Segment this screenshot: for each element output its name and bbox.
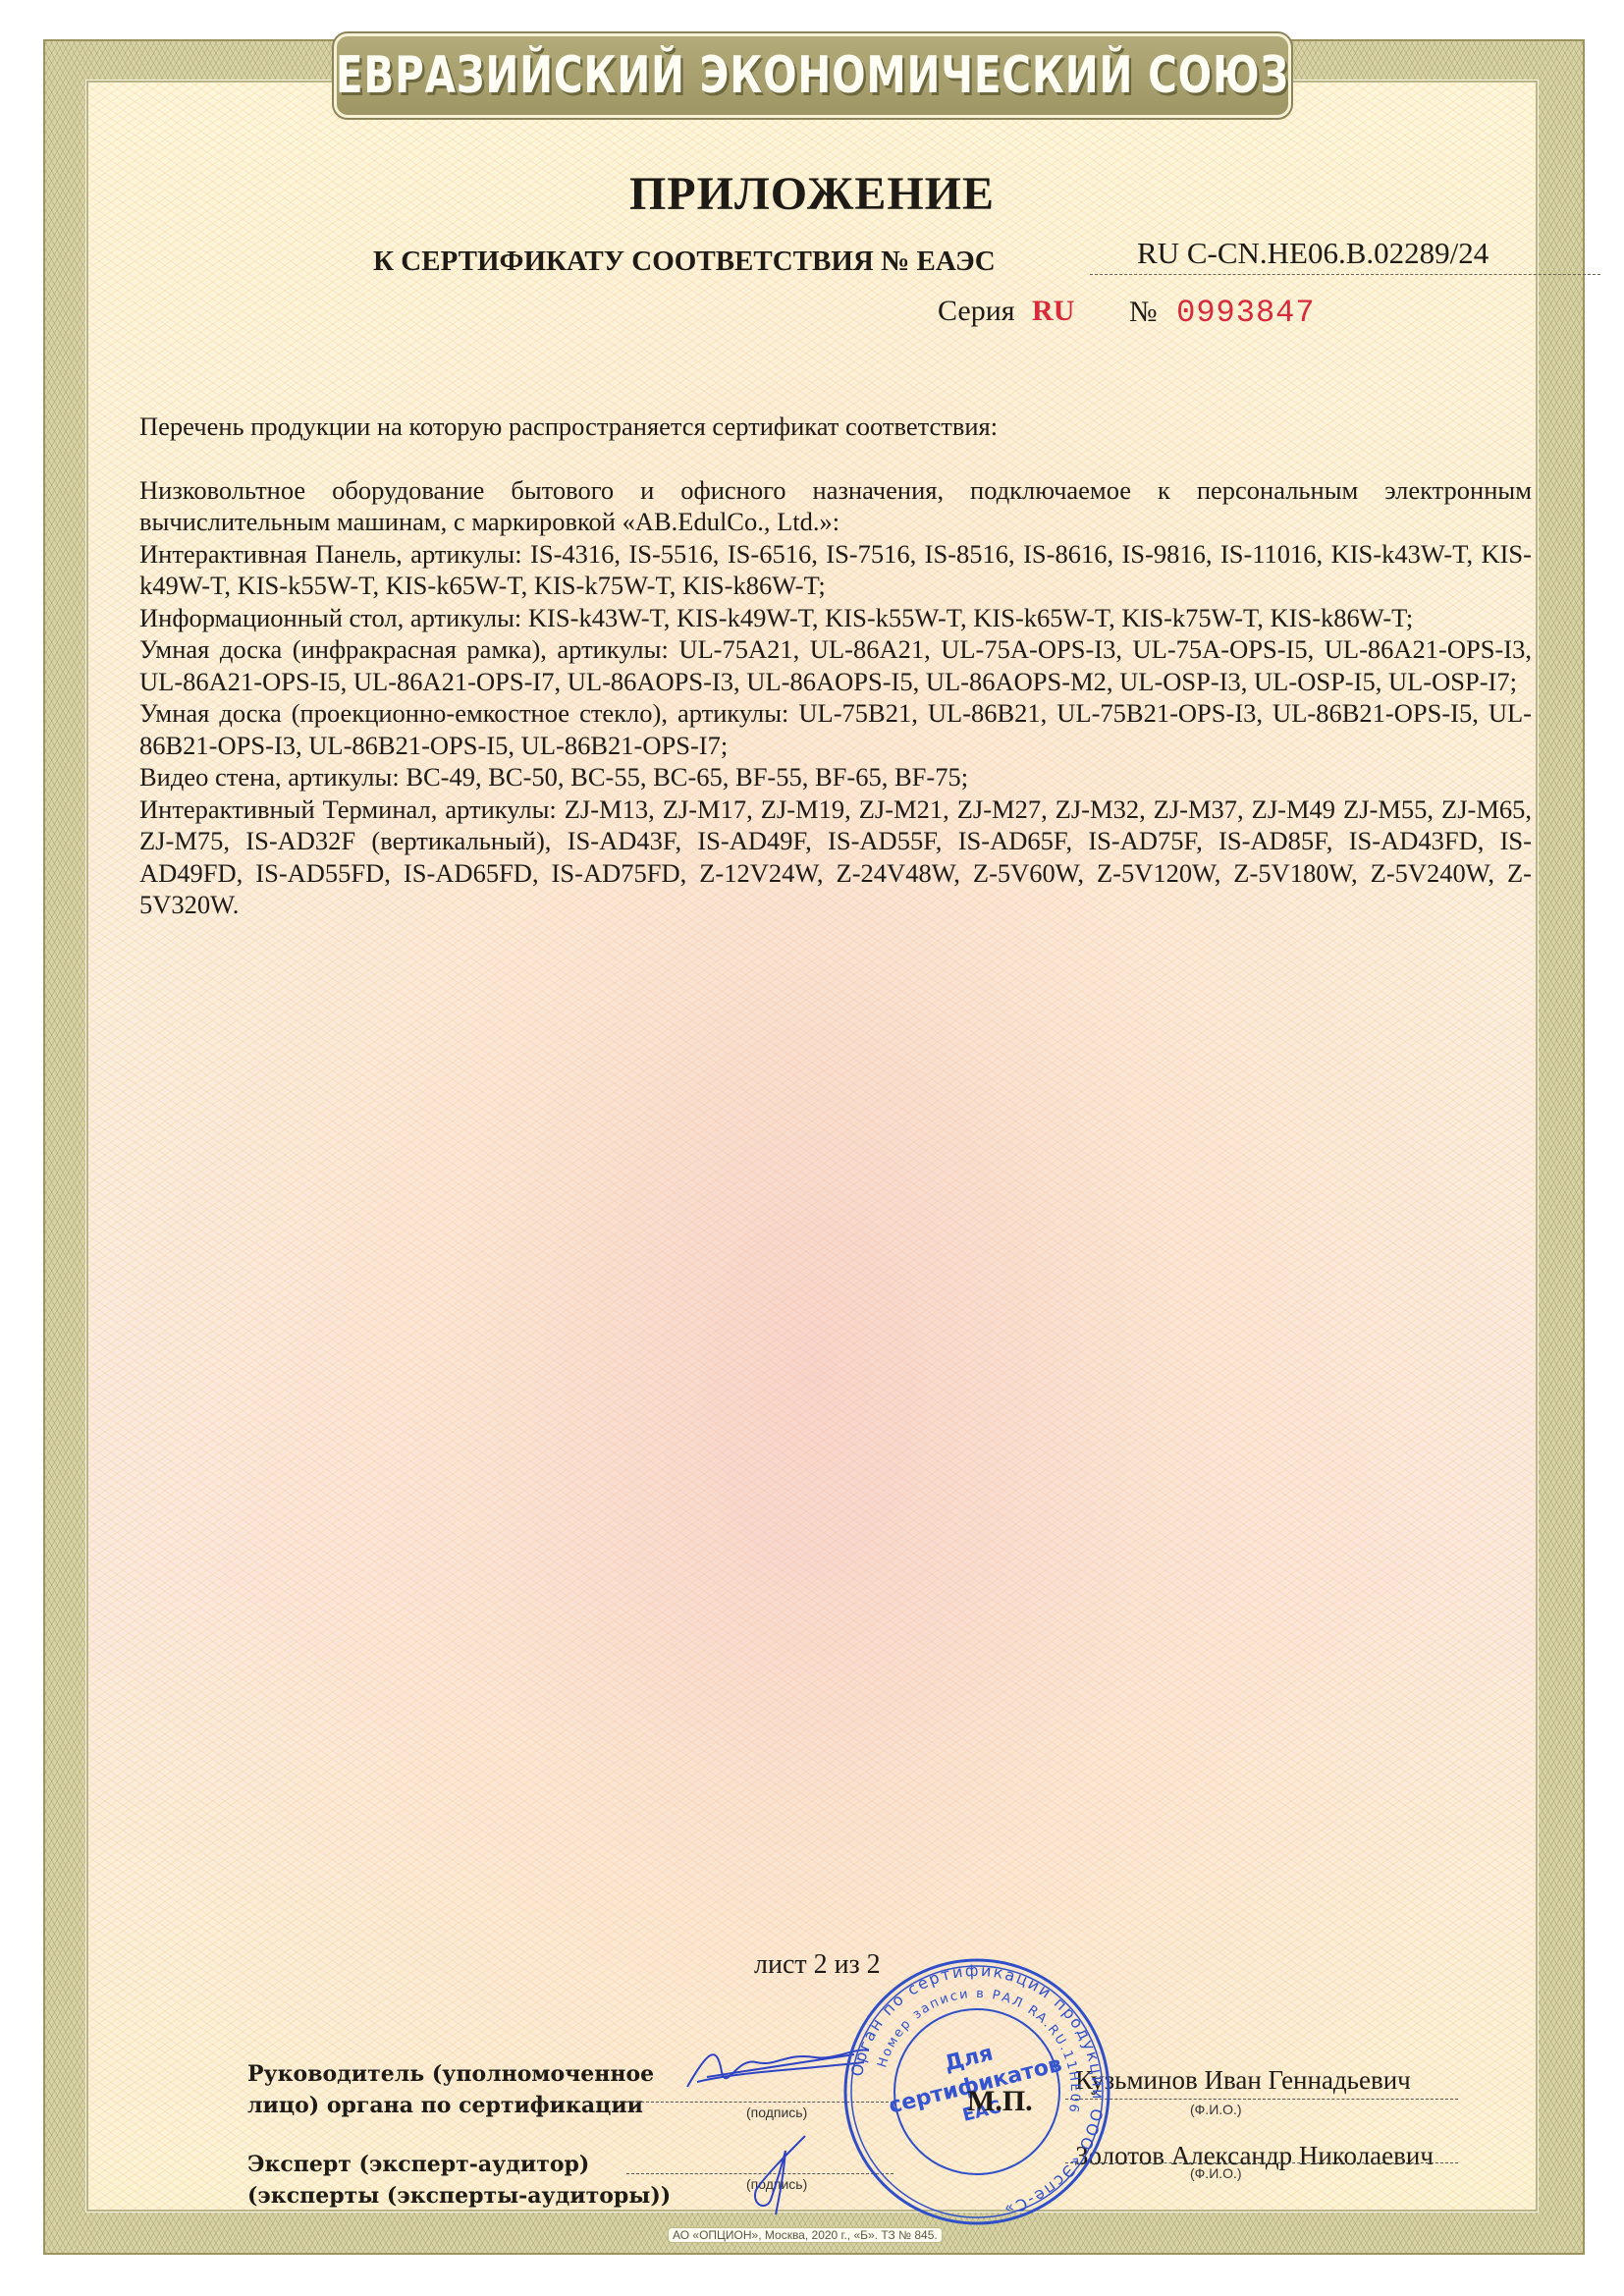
certificate-label: К СЕРТИФИКАТУ СООТВЕТСТВИЯ № ЕАЭС <box>373 246 996 278</box>
product-item: Информационный стол, артикулы: KIS-k43W-… <box>139 602 1532 634</box>
security-pattern-area <box>86 81 1538 2212</box>
union-banner: ЕВРАЗИЙСКИЙ ЭКОНОМИЧЕСКИЙ СОЮЗ <box>334 33 1291 118</box>
product-articles: BC-49, BC-50, BC-55, BC-65, BF-55, BF-65… <box>406 762 968 792</box>
sheet-counter: лист 2 из 2 <box>754 1949 881 1981</box>
printer-imprint: АО «ОПЦИОН», Москва, 2020 г., «Б». ТЗ № … <box>668 2227 943 2243</box>
certificate-number-value: RU C-CN.HE06.B.02289/24 <box>1137 236 1489 270</box>
head-signature-line <box>626 2102 893 2103</box>
form-number: № 0993847 <box>1129 295 1316 331</box>
product-name: Умная доска (проекционно-емкостное стекл… <box>139 698 788 728</box>
series-value: RU <box>1032 295 1074 327</box>
expert-name: Золотов Александр Николаевич <box>1075 2141 1434 2171</box>
certificate-number: RU C-CN.HE06.B.02289/24 <box>1090 236 1600 275</box>
product-name: Интерактивный Терминал, артикулы: <box>139 794 557 824</box>
product-description: Низковольтное оборудование бытового и оф… <box>139 474 1532 538</box>
expert-signature-line <box>626 2173 893 2174</box>
head-name: Кузьминов Иван Геннадьевич <box>1075 2065 1411 2096</box>
product-list: Перечень продукции на которую распростра… <box>139 410 1532 921</box>
head-fio-line <box>1065 2099 1458 2100</box>
product-item: Умная доска (проекционно-емкостное стекл… <box>139 697 1532 761</box>
expert-signature-caption: (подпись) <box>746 2176 807 2192</box>
product-name: Видео стена, артикулы: <box>139 762 400 792</box>
head-signature-caption: (подпись) <box>746 2105 807 2120</box>
document-title: ПРИЛОЖЕНИЕ <box>0 167 1624 221</box>
expert-fio-caption: (Ф.И.О.) <box>1190 2165 1242 2181</box>
expert-label-line2: (эксперты (эксперты-аудиторы)) <box>247 2180 671 2212</box>
product-item: Видео стена, артикулы: BC-49, BC-50, BC-… <box>139 761 1532 793</box>
head-label: Руководитель (уполномоченное лицо) орган… <box>247 2058 654 2121</box>
product-item: Интерактивный Терминал, артикулы: ZJ-M13… <box>139 793 1532 921</box>
banner-text: ЕВРАЗИЙСКИЙ ЭКОНОМИЧЕСКИЙ СОЮЗ <box>336 46 1289 105</box>
head-label-line2: лицо) органа по сертификации <box>247 2090 654 2121</box>
head-fio-caption: (Ф.И.О.) <box>1190 2102 1242 2117</box>
series: Серия RU <box>938 295 1074 328</box>
expert-label-line1: Эксперт (эксперт-аудитор) <box>247 2149 671 2180</box>
seal-placeholder: М.П. <box>967 2085 1033 2118</box>
form-number-value: 0993847 <box>1176 295 1315 331</box>
expert-fio-line <box>1065 2162 1458 2163</box>
product-name: Умная доска (инфракрасная рамка), артику… <box>139 634 669 664</box>
product-item: Интерактивная Панель, артикулы: IS-4316,… <box>139 538 1532 602</box>
form-number-label: № <box>1129 296 1158 328</box>
intro-text: Перечень продукции на которую распростра… <box>139 410 1532 443</box>
product-articles: KIS-k43W-T, KIS-k49W-T, KIS-k55W-T, KIS-… <box>528 603 1413 632</box>
expert-label: Эксперт (эксперт-аудитор) (эксперты (экс… <box>247 2149 671 2212</box>
series-label: Серия <box>938 295 1015 327</box>
head-label-line1: Руководитель (уполномоченное <box>247 2058 654 2090</box>
product-name: Интерактивная Панель, артикулы: <box>139 539 522 569</box>
product-name: Информационный стол, артикулы: <box>139 603 521 632</box>
product-item: Умная доска (инфракрасная рамка), артику… <box>139 633 1532 697</box>
